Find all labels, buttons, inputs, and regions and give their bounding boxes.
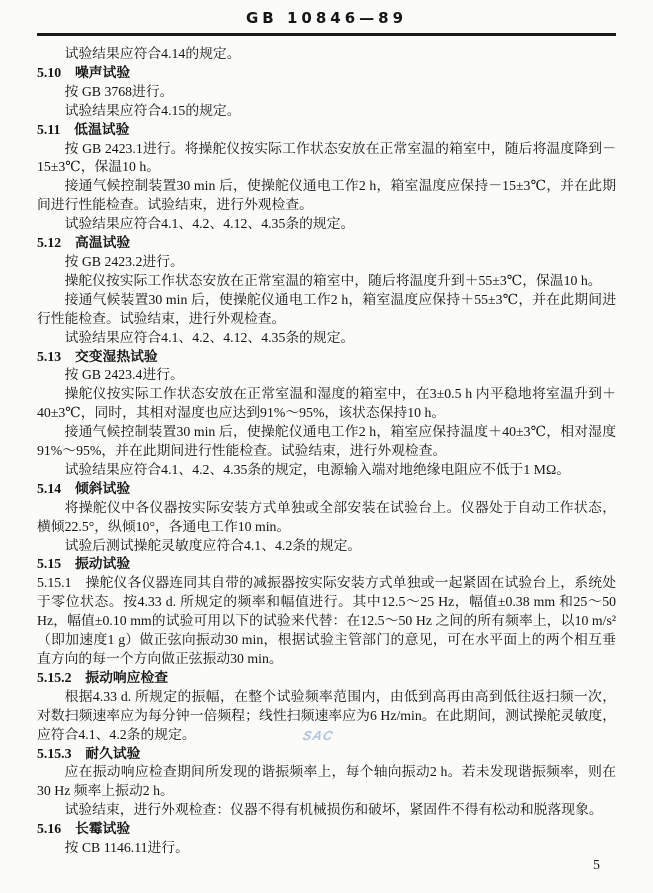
- section-heading-5-12: 5.12 高温试验: [37, 234, 616, 253]
- section-heading-5-13: 5.13 交变湿热试验: [37, 348, 616, 367]
- paragraph: 试验结束，进行外观检查：仪器不得有机械损伤和破坏，紧固件不得有松动和脱落现象。: [37, 801, 616, 820]
- paragraph: 试验结果应符合4.1、4.2、4.35条的规定，电源输入端对地绝缘电阻应不低于1…: [37, 461, 616, 480]
- section-heading-5-14: 5.14 倾斜试验: [37, 480, 616, 499]
- standard-number: GB 10846—89: [0, 9, 653, 27]
- paragraph: 接通气候控制装置30 min 后，使操舵仪通电工作2 h，箱室应保持温度＋40±…: [37, 423, 616, 461]
- paragraph: 操舵仪按实际工作状态安放在正常室温的箱室中，随后将温度升到＋55±3℃，保温10…: [37, 272, 616, 291]
- page-number: 5: [593, 858, 600, 874]
- paragraph: 按 GB 2423.4进行。: [37, 366, 616, 385]
- paragraph: 试验结果应符合4.1、4.2、4.12、4.35条的规定。: [37, 329, 616, 348]
- paragraph: 试验后测试操舵灵敏度应符合4.1、4.2条的规定。: [37, 537, 616, 556]
- paragraph: 应在振动响应检查期间所发现的谐振频率上，每个轴向振动2 h。若未发现谐振频率，则…: [37, 763, 616, 801]
- section-heading-5-16: 5.16 长霉试验: [37, 820, 616, 839]
- paragraph: 按 CB 1146.11进行。: [37, 839, 616, 858]
- sac-watermark: SAC: [301, 728, 335, 743]
- paragraph: 按 GB 2423.2进行。: [37, 253, 616, 272]
- section-paragraph-5-15-1: 5.15.1 操舵仪各仪器连同其自带的减振器按实际安装方式单独或一起紧固在试验台…: [37, 574, 616, 669]
- paragraph: 按 GB 3768进行。: [37, 83, 616, 102]
- section-heading-5-10: 5.10 噪声试验: [37, 64, 616, 83]
- paragraph: 操舵仪按实际工作状态安放在正常室温和湿度的箱室中，在3±0.5 h 内平稳地将室…: [37, 385, 616, 423]
- paragraph: 按 GB 2423.1进行。将操舵仪按实际工作状态安放在正常室温的箱室中，随后将…: [37, 140, 616, 178]
- paragraph: 试验结果应符合4.15的规定。: [37, 102, 616, 121]
- section-heading-5-15-3: 5.15.3 耐久试验: [37, 745, 616, 764]
- paragraph: 接通气候装置30 min 后，使操舵仪通电工作2 h，箱室温度应保持＋55±3℃…: [37, 291, 616, 329]
- section-heading-5-15: 5.15 振动试验: [37, 555, 616, 574]
- document-page: GB 10846—89 试验结果应符合4.14的规定。 5.10 噪声试验 按 …: [0, 0, 653, 893]
- section-heading-5-15-2: 5.15.2 振动响应检查: [37, 669, 616, 688]
- paragraph: 试验结果应符合4.14的规定。: [37, 45, 616, 64]
- paragraph: 将操舵仪中各仪器按实际安装方式单独或全部安装在试验台上。仪器处于自动工作状态，横…: [37, 499, 616, 537]
- section-heading-5-11: 5.11 低温试验: [37, 121, 616, 140]
- header-rule: [37, 33, 616, 36]
- paragraph: 试验结果应符合4.1、4.2、4.12、4.35条的规定。: [37, 215, 616, 234]
- paragraph: 接通气候控制装置30 min 后，使操舵仪通电工作2 h，箱室温度应保持－15±…: [37, 177, 616, 215]
